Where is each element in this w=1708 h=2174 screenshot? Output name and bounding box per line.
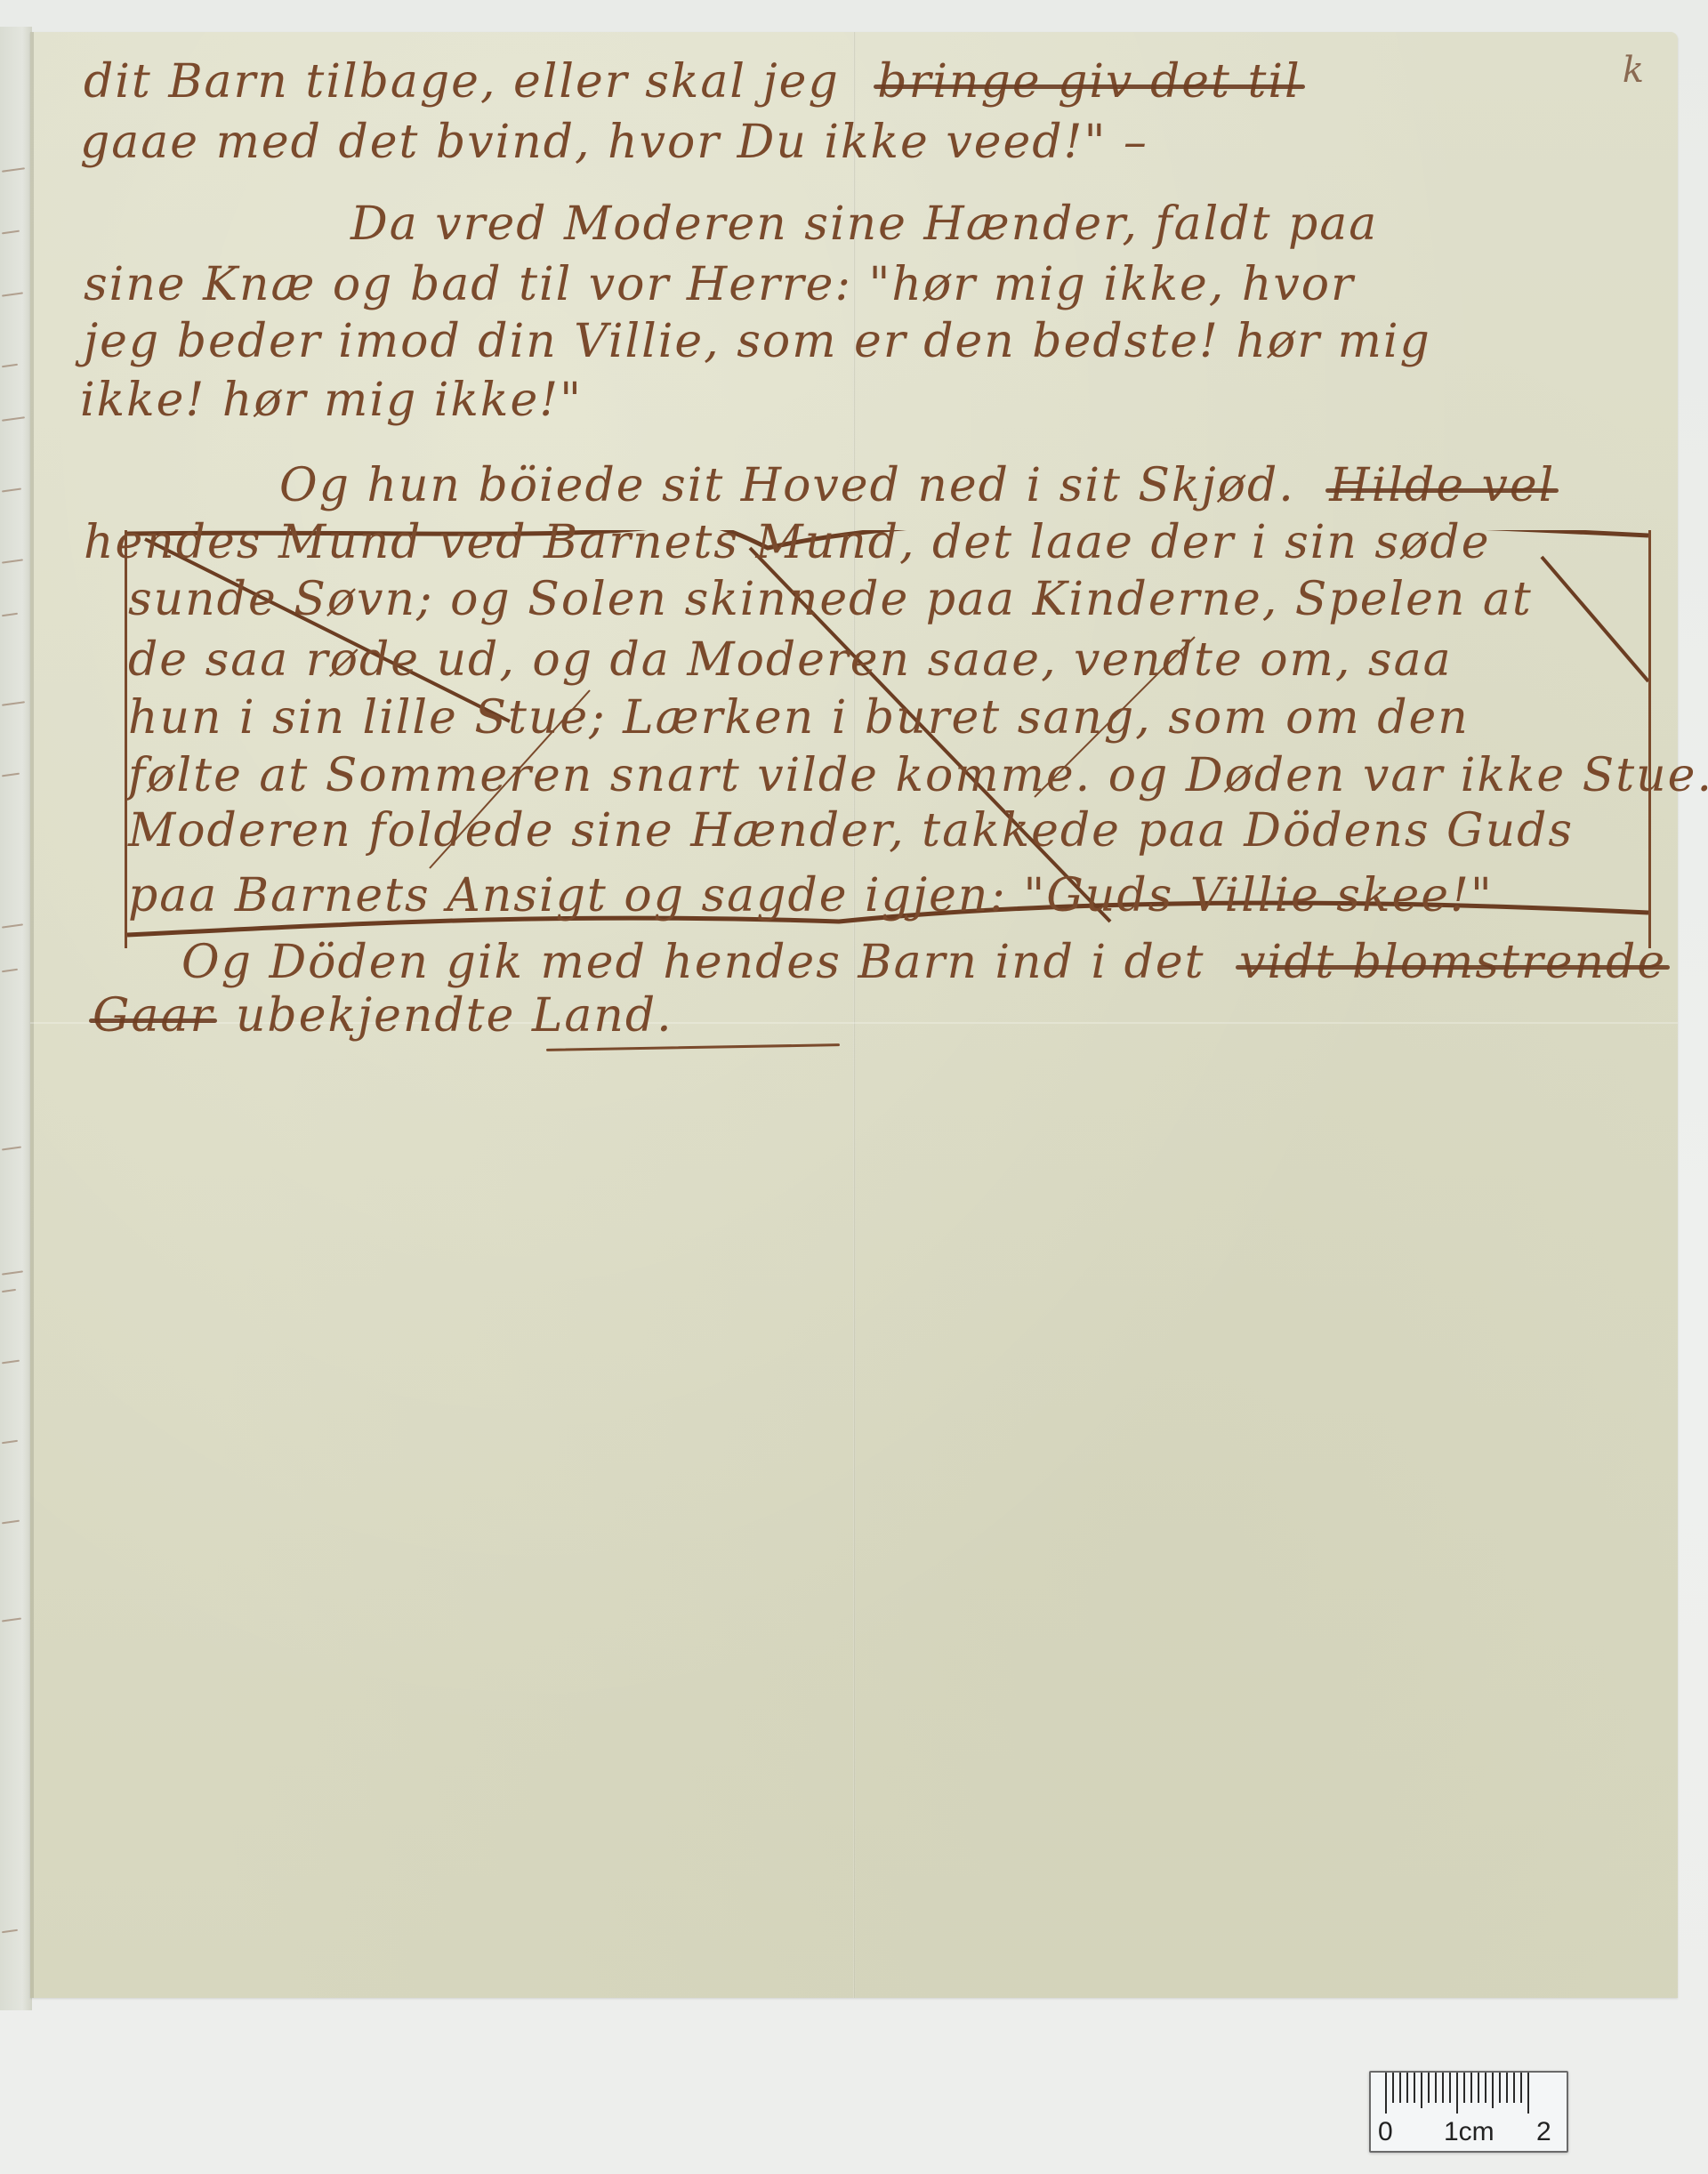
line-text: gaae med det bvind, hvor Du ikke veed!" …	[80, 116, 1148, 169]
manuscript-line-12: følte at Sommeren snart vilde komme. og …	[30, 753, 1708, 799]
ruler-tick	[1470, 2073, 1472, 2103]
ink-fragment	[2, 1289, 16, 1292]
manuscript-line-7: Og hun böiede sit Hoved ned i sit Skjød.…	[30, 463, 1708, 509]
ruler-tick	[1499, 2073, 1501, 2103]
manuscript-line-15: Og Döden gik med hendes Barn ind i det v…	[30, 939, 1708, 986]
ruler-tick	[1492, 2073, 1494, 2108]
ink-fragment	[2, 487, 21, 492]
ink-fragment	[2, 1929, 18, 1933]
struck-text: Gaar	[93, 993, 213, 1039]
manuscript-line-11: hun i sin lille Stue; Lærken i buret san…	[30, 695, 1708, 741]
line-text: Moderen foldede sine Hænder, takkede paa…	[128, 804, 1574, 858]
manuscript-line-13: Moderen foldede sine Hænder, takkede paa…	[30, 808, 1708, 854]
line-text: Og Döden gik med hendes Barn ind i det	[181, 936, 1205, 989]
scale-ruler: 0 1cm 2	[1369, 2071, 1568, 2153]
manuscript-line-6: ikke! hør mig ikke!"	[30, 377, 1708, 423]
manuscript-line-16: Gaar ubekjendte Land.	[30, 993, 1708, 1039]
ruler-tick	[1442, 2073, 1444, 2103]
line-text: Da vred Moderen sine Hænder, faldt paa	[350, 197, 1378, 251]
ink-fragment	[2, 613, 18, 616]
ruler-tick	[1399, 2073, 1401, 2103]
ink-fragment	[2, 1440, 18, 1444]
manuscript-line-9: sunde Søvn; og Solen skinnede paa Kinder…	[30, 576, 1708, 623]
ruler-tick	[1449, 2073, 1451, 2103]
struck-text: Hilde vel	[1329, 463, 1555, 509]
ruler-tick	[1485, 2073, 1486, 2103]
line-text: paa Barnets Ansigt og sagde igjen: "Guds…	[128, 869, 1494, 922]
ruler-tick	[1513, 2073, 1515, 2103]
ink-fragment	[2, 701, 25, 706]
ruler-tick	[1527, 2073, 1529, 2114]
ruler-tick	[1506, 2073, 1508, 2103]
manuscript-line-1: dit Barn tilbage, eller skal jeg bringe …	[30, 59, 1708, 105]
ruler-label-2: 2	[1536, 2117, 1551, 2147]
line-text: hendes Mund ved Barnets Mund, det laae d…	[84, 516, 1490, 569]
manuscript-line-5: jeg beder imod din Villie, som er den be…	[30, 318, 1708, 365]
ink-fragment	[2, 416, 25, 422]
line-text: sine Knæ og bad til vor Herre: "hør mig …	[84, 258, 1355, 311]
manuscript-line-4: sine Knæ og bad til vor Herre: "hør mig …	[30, 262, 1708, 308]
ruler-tick	[1478, 2073, 1479, 2103]
adjacent-page-edge	[0, 27, 32, 2010]
manuscript-line-2: gaae med det bvind, hvor Du ikke veed!" …	[30, 119, 1708, 165]
line-text: jeg beder imod din Villie, som er den be…	[84, 315, 1431, 368]
line-text: Og hun böiede sit Hoved ned i sit Skjød.	[279, 459, 1295, 512]
ink-fragment	[2, 969, 18, 972]
line-text: dit Barn tilbage, eller skal jeg	[84, 55, 840, 109]
ruler-tick	[1392, 2073, 1394, 2103]
ink-fragment	[2, 1270, 23, 1275]
ink-fragment	[2, 1360, 20, 1365]
ruler-tick	[1406, 2073, 1408, 2103]
ruler-label-1cm: 1cm	[1444, 2117, 1494, 2147]
struck-text: vidt blomstrende	[1239, 939, 1666, 986]
struck-text: bringe giv det til	[877, 59, 1301, 105]
line-text: ubekjendte Land.	[236, 989, 673, 1043]
manuscript-line-3: Da vred Moderen sine Hænder, faldt paa	[30, 201, 1708, 247]
ink-fragment	[2, 1617, 21, 1622]
manuscript-line-10: de saa røde ud, og da Moderen saae, vend…	[30, 637, 1708, 683]
end-of-text-rule	[546, 1043, 840, 1051]
line-text: hun i sin lille Stue; Lærken i buret san…	[128, 691, 1470, 745]
manuscript-line-8: hendes Mund ved Barnets Mund, det laae d…	[30, 519, 1708, 566]
line-text: sunde Søvn; og Solen skinnede paa Kinder…	[128, 573, 1533, 626]
ruler-tick	[1385, 2073, 1387, 2114]
ink-fragment	[2, 292, 23, 296]
ink-fragment	[2, 364, 18, 367]
ruler-tick	[1456, 2073, 1458, 2114]
ruler-tick	[1463, 2073, 1465, 2103]
ink-fragment	[2, 1146, 21, 1150]
ink-fragment	[2, 923, 23, 928]
ink-fragment	[2, 230, 20, 235]
manuscript-page: k dit Barn tilbage, eller skal jeg bring…	[30, 32, 1678, 1998]
manuscript-line-14: paa Barnets Ansigt og sagde igjen: "Guds…	[30, 873, 1708, 919]
line-text: ikke! hør mig ikke!"	[80, 374, 583, 427]
ruler-tick	[1520, 2073, 1522, 2103]
ink-fragment	[2, 1520, 20, 1525]
line-text: følte at Sommeren snart vilde komme. og …	[128, 749, 1708, 802]
ruler-tick	[1428, 2073, 1430, 2103]
ruler-tick	[1421, 2073, 1422, 2108]
ruler-tick	[1435, 2073, 1437, 2103]
ink-fragment	[2, 773, 20, 777]
line-text: de saa røde ud, og da Moderen saae, vend…	[128, 633, 1453, 687]
ink-fragment	[2, 559, 23, 563]
ruler-label-0: 0	[1378, 2117, 1393, 2147]
ruler-tick	[1414, 2073, 1415, 2103]
ink-fragment	[2, 167, 25, 173]
